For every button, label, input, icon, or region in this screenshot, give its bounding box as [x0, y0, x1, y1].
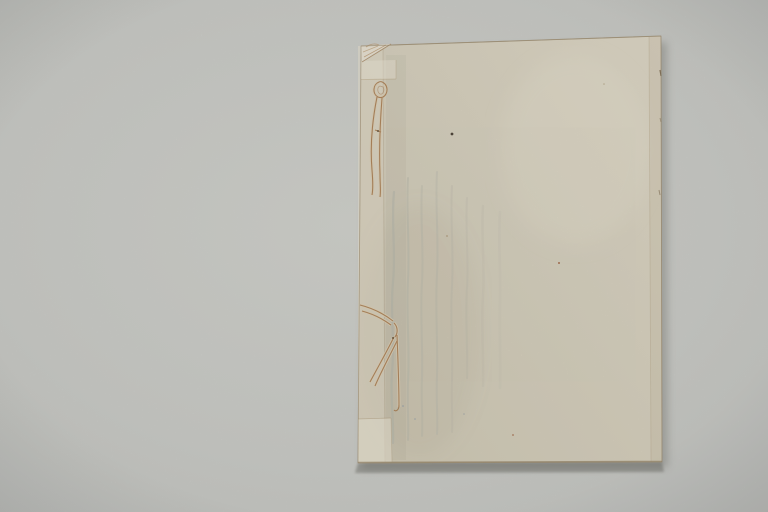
photo-vignette — [0, 0, 768, 512]
photo-canvas — [0, 0, 768, 512]
photo-scene — [0, 0, 768, 512]
